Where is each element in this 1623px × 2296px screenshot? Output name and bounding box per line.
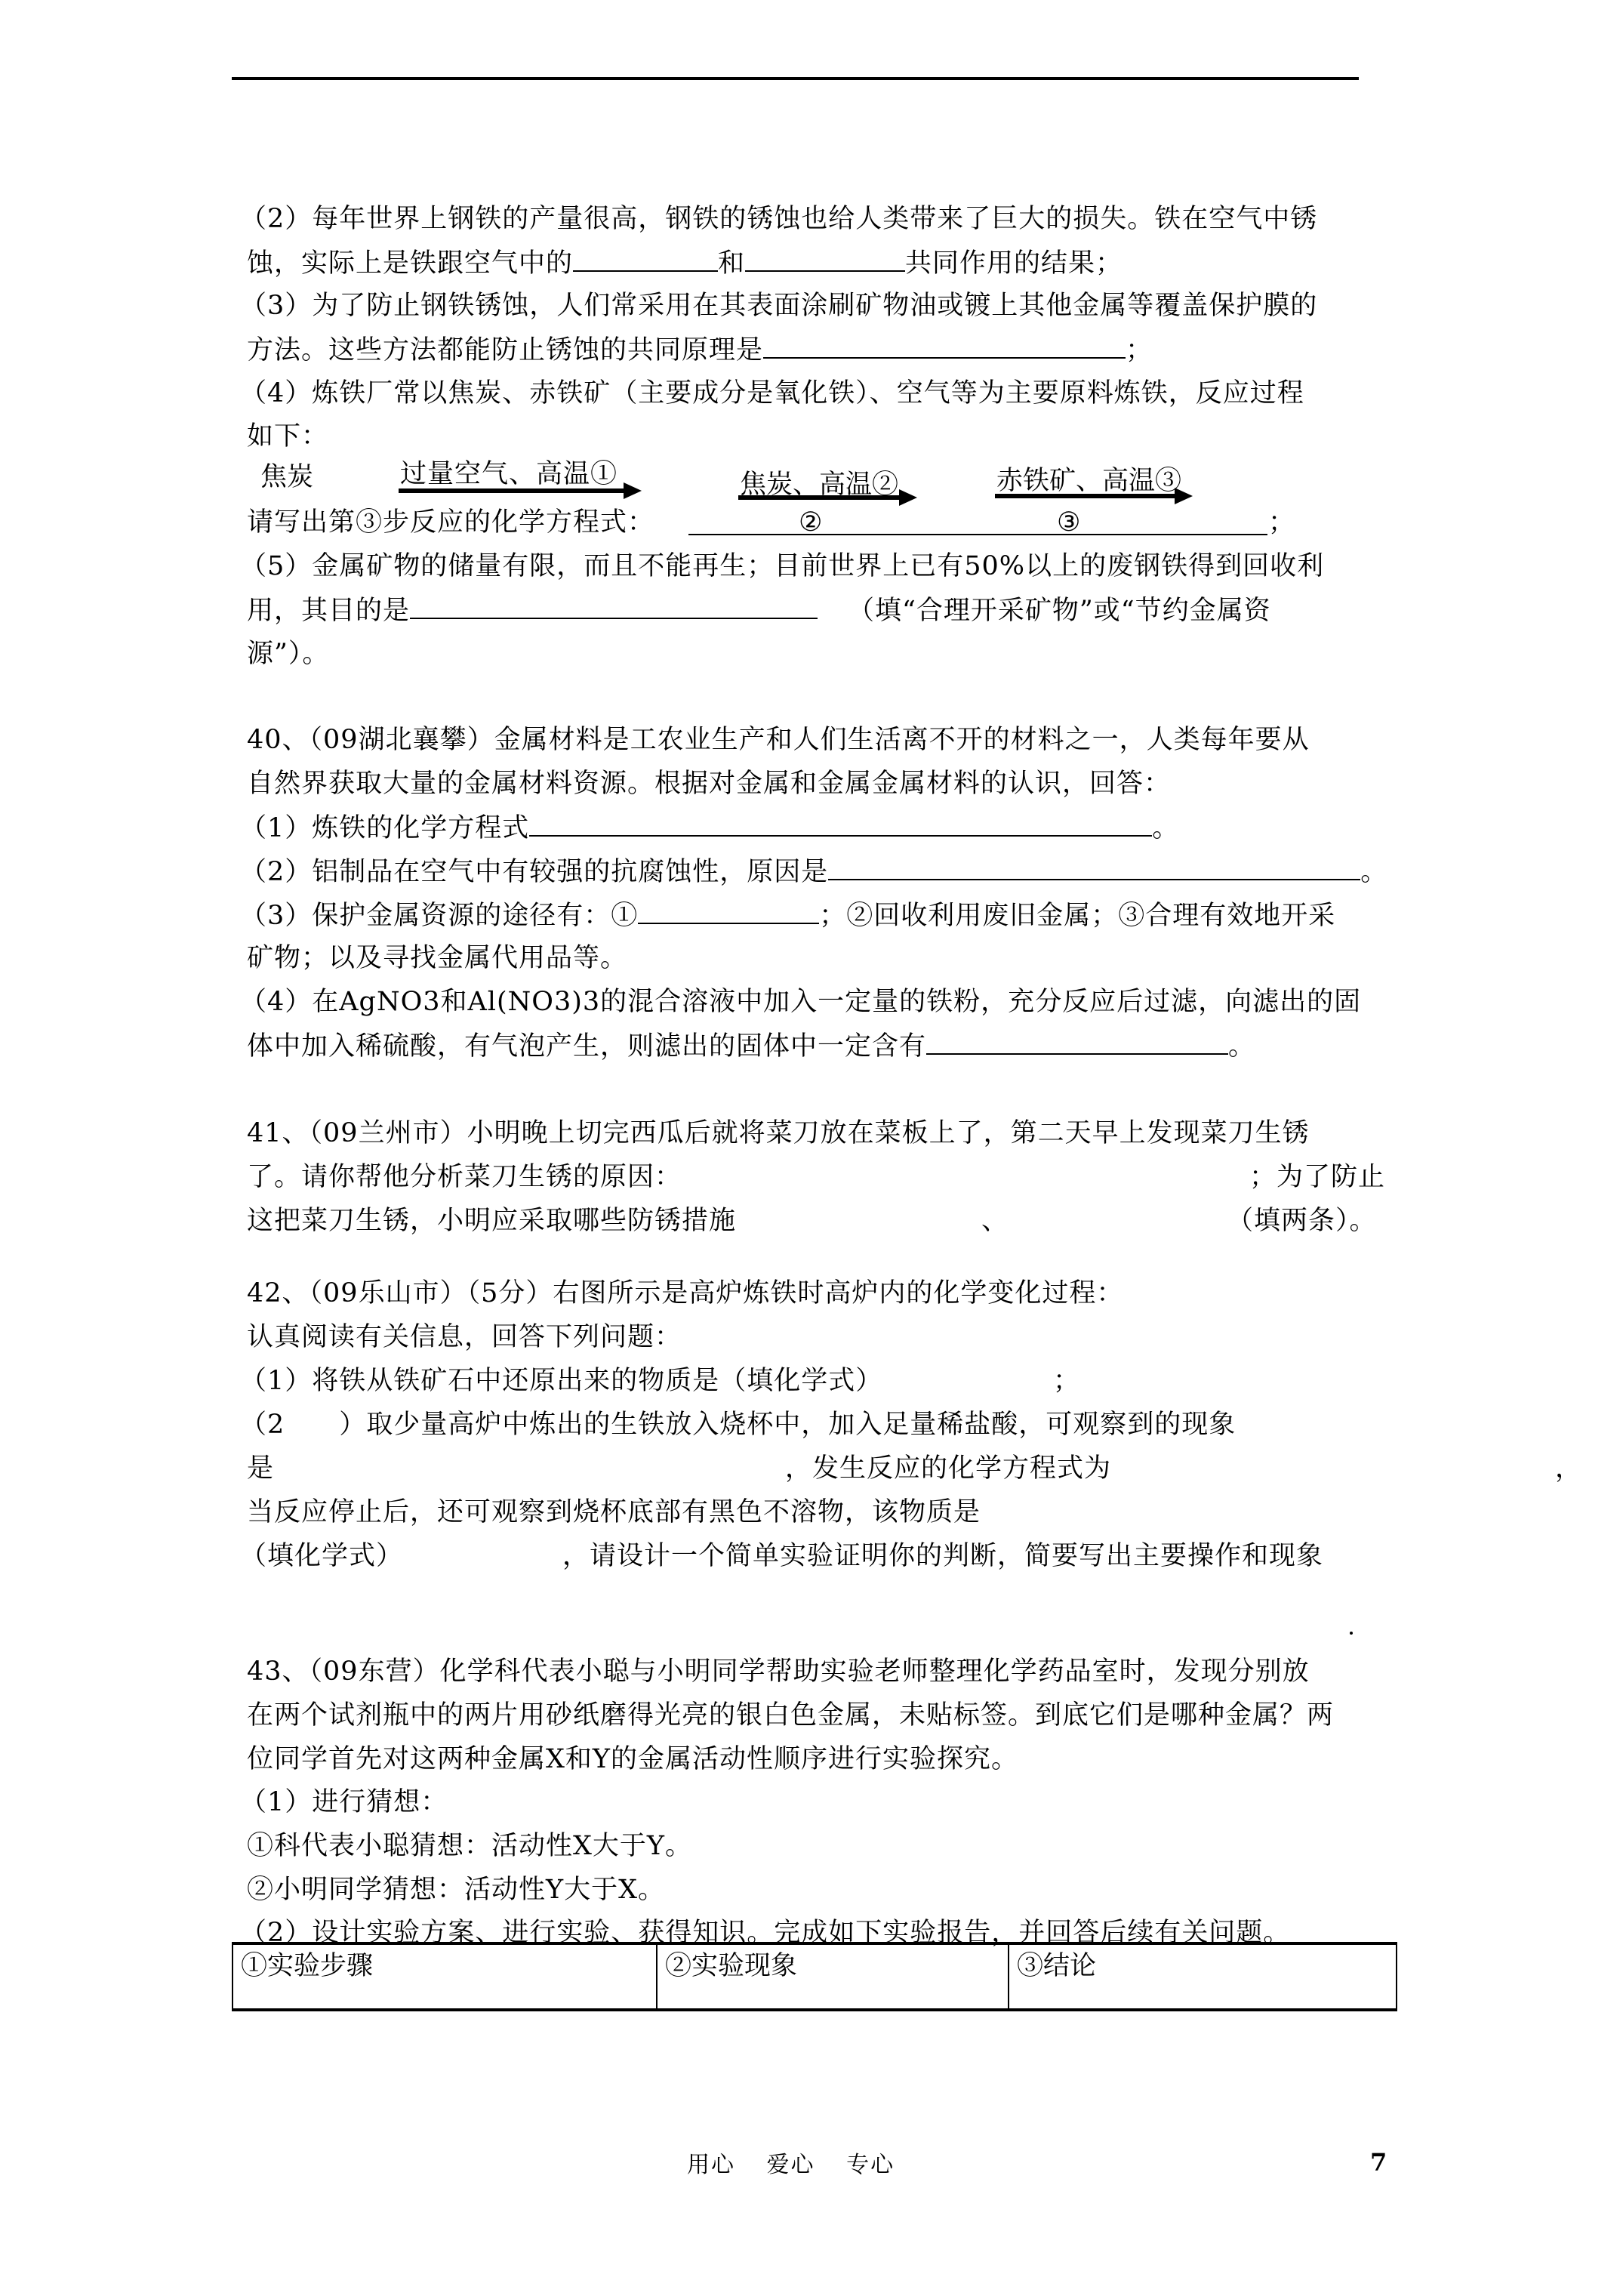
q43-guess2: ②小明同学猜想：活动性Y大于X。 bbox=[247, 1875, 665, 1905]
q39-part4-text-a: 请写出第③步反应的化学方程式： bbox=[247, 507, 654, 538]
flow-circle-2: ② bbox=[799, 507, 822, 538]
q42-part2-text-b: ，发生反应的化学方程式为 bbox=[785, 1453, 1111, 1484]
q43-line1: 43、（09东营）化学科代表小聪与小明同学帮助实验老师整理化学药品室时，发现分别… bbox=[247, 1657, 1310, 1687]
q39-part3-line2: 方法。这些方法都能防止锈蚀的共同原理是； bbox=[247, 334, 1153, 365]
document-page: （2）每年世界上钢铁的产量很高，钢铁的锈蚀也给人类带来了巨大的损失。铁在空气中锈… bbox=[0, 0, 1623, 2296]
page-footer: 用心 爱心 专心 bbox=[687, 2146, 895, 2179]
answer-blank[interactable] bbox=[828, 856, 1360, 880]
table-header-cell[interactable]: ①实验步骤 bbox=[233, 1943, 657, 2010]
q39-part2-line2: 蚀，实际上是铁跟空气中的和共同作用的结果； bbox=[247, 248, 1123, 279]
q42-part1-text-a: （1）将铁从铁矿石中还原出来的物质是（填化学式） bbox=[240, 1366, 882, 1396]
equation-answer-blank[interactable] bbox=[688, 534, 1267, 535]
answer-blank[interactable] bbox=[529, 812, 1152, 837]
q42-part2-line2: 是 bbox=[247, 1453, 274, 1484]
q42-part2-line3: 当反应停止后，还可观察到烧杯底部有黑色不溶物，该物质是 bbox=[247, 1497, 981, 1527]
q42-part2-line4: （填化学式） bbox=[240, 1541, 403, 1571]
q39-part2-line1: （2）每年世界上钢铁的产量很高，钢铁的锈蚀也给人类带来了巨大的损失。铁在空气中锈 bbox=[240, 204, 1317, 234]
q39-part2-text-c: 共同作用的结果； bbox=[905, 248, 1123, 279]
table-header-cell[interactable]: ③结论 bbox=[1009, 1943, 1397, 2010]
table-header-cell[interactable]: ②实验现象 bbox=[657, 1943, 1009, 2010]
q40-part3: （3）保护金属资源的途径有：①；②回收利用废旧金属；③合理有效地开采 bbox=[240, 900, 1335, 931]
q40-part4-line1: （4）在AgNO3和Al(NO3)3的混合溶液中加入一定量的铁粉，充分反应后过滤… bbox=[240, 987, 1361, 1017]
arrow-right-icon bbox=[738, 495, 901, 500]
answer-blank[interactable] bbox=[745, 248, 905, 272]
flow-step1-label: 过量空气、高温① bbox=[400, 459, 617, 489]
answer-blank[interactable] bbox=[573, 248, 718, 272]
q40-part2: （2）铝制品在空气中有较强的抗腐蚀性，原因是。 bbox=[240, 856, 1387, 887]
q41-line3: 这把菜刀生锈，小明应采取哪些防锈措施 bbox=[247, 1206, 736, 1236]
q40-part1: （1）炼铁的化学方程式。 bbox=[240, 812, 1179, 843]
q39-part3-text-b: ； bbox=[1126, 335, 1153, 365]
flow-start: 焦炭 bbox=[260, 462, 313, 492]
answer-blank[interactable] bbox=[926, 1031, 1228, 1055]
q40-part2-text-a: （2）铝制品在空气中有较强的抗腐蚀性，原因是 bbox=[240, 857, 828, 887]
q43-line3: 位同学首先对这两种金属X和Y的金属活动性顺序进行实验探究。 bbox=[247, 1744, 1018, 1774]
experiment-report-table: ①实验步骤 ②实验现象 ③结论 bbox=[232, 1942, 1397, 2011]
q42-part1: （1）将铁从铁矿石中还原出来的物质是（填化学式） bbox=[240, 1366, 882, 1396]
header-rule bbox=[232, 77, 1359, 80]
page-number: 7 bbox=[1370, 2148, 1387, 2177]
q39-part5-line1: （5）金属矿物的储量有限，而且不能再生；目前世界上已有50%以上的废钢铁得到回收… bbox=[240, 551, 1324, 581]
q39-part5-text-a: 用，其目的是 bbox=[247, 596, 410, 626]
q41-line2: 了。请你帮他分析菜刀生锈的原因： bbox=[247, 1162, 682, 1192]
q39-part2-text-b: 和 bbox=[718, 248, 745, 279]
q39-part2-text-a: 蚀，实际上是铁跟空气中的 bbox=[247, 248, 573, 279]
answer-blank[interactable] bbox=[638, 900, 819, 924]
q41-line3-text-b: 、 bbox=[981, 1206, 1009, 1236]
q39-part3-line1: （3）为了防止钢铁锈蚀，人们常采用在其表面涂刷矿物油或镀上其他金属等覆盖保护膜的 bbox=[240, 291, 1317, 321]
q42-part2-text-c: ， bbox=[1555, 1453, 1582, 1484]
q41-line3-text-a: 这把菜刀生锈，小明应采取哪些防锈措施 bbox=[247, 1206, 736, 1236]
q39-part5-line2: 用，其目的是（填“合理开采矿物”或“节约金属资 bbox=[247, 595, 1271, 626]
q39-part4-text-b: ； bbox=[1268, 507, 1295, 538]
q40-line2: 自然界获取大量的金属材料资源。根据对金属和金属金属材料的认识，回答： bbox=[247, 769, 1171, 799]
answer-blank[interactable] bbox=[410, 595, 818, 619]
q43-part1: （1）进行猜想： bbox=[240, 1787, 448, 1817]
q41-line3-text-c: （填两条）。 bbox=[1227, 1206, 1377, 1236]
q42-line2: 认真阅读有关信息，回答下列问题： bbox=[247, 1322, 682, 1352]
q40-line1: 40、（09湖北襄攀）金属材料是工农业生产和人们生活离不开的材料之一，人类每年要… bbox=[247, 725, 1310, 755]
q42-part2-text-a: 是 bbox=[247, 1453, 274, 1484]
q39-part4-line3: 请写出第③步反应的化学方程式： bbox=[247, 507, 654, 538]
q40-part1-text-b: 。 bbox=[1152, 813, 1179, 843]
answer-blank[interactable] bbox=[763, 334, 1126, 359]
q42-end-period bbox=[1350, 1632, 1353, 1635]
q40-part2-text-b: 。 bbox=[1360, 857, 1387, 887]
q41-line1: 41、（09兰州市）小明晚上切完西瓜后就将菜刀放在菜板上了，第二天早上发现菜刀生… bbox=[247, 1118, 1310, 1148]
q40-part3-text-a: （3）保护金属资源的途径有：① bbox=[240, 901, 638, 931]
q42-part1-text-b: ； bbox=[1053, 1366, 1080, 1396]
q40-part1-text-a: （1）炼铁的化学方程式 bbox=[240, 813, 529, 843]
arrow-right-icon bbox=[995, 494, 1176, 498]
q43-guess1: ①科代表小聪猜想：活动性X大于Y。 bbox=[247, 1831, 692, 1861]
q41-line2-text-a: 了。请你帮他分析菜刀生锈的原因： bbox=[247, 1162, 682, 1192]
q39-part5-text-b: （填“合理开采矿物”或“节约金属资 bbox=[848, 596, 1271, 626]
q39-part4-line2: 如下： bbox=[247, 421, 328, 451]
q42-part2-line4-text-b: ，请设计一个简单实验证明你的判断，简要写出主要操作和现象 bbox=[562, 1541, 1323, 1571]
q42-part2-line4-text-a: （填化学式） bbox=[240, 1541, 403, 1571]
q39-part4-line1: （4）炼铁厂常以焦炭、赤铁矿（主要成分是氧化铁）、空气等为主要原料炼铁，反应过程 bbox=[240, 378, 1304, 408]
q40-part4-text-b: 。 bbox=[1228, 1031, 1255, 1062]
arrow-right-icon bbox=[399, 488, 625, 493]
q39-part3-text-a: 方法。这些方法都能防止锈蚀的共同原理是 bbox=[247, 335, 763, 365]
flow-step3-label: 赤铁矿、高温③ bbox=[996, 466, 1181, 496]
q40-part4-line2: 体中加入稀硫酸，有气泡产生，则滤出的固体中一定含有。 bbox=[247, 1031, 1255, 1062]
table-header-row: ①实验步骤 ②实验现象 ③结论 bbox=[233, 1943, 1397, 2010]
q40-part3-text-b: ；②回收利用废旧金属；③合理有效地开采 bbox=[819, 901, 1335, 931]
flow-circle-3: ③ bbox=[1057, 507, 1080, 538]
q39-part5-line3: 源”）。 bbox=[247, 639, 329, 669]
q40-part3-line2: 矿物；以及寻找金属代用品等。 bbox=[247, 943, 627, 973]
q43-line2: 在两个试剂瓶中的两片用砂纸磨得光亮的银白色金属，未贴标签。到底它们是哪种金属？两 bbox=[247, 1700, 1334, 1730]
q42-line1: 42、（09乐山市）（5分）右图所示是高炉炼铁时高炉内的化学变化过程： bbox=[247, 1278, 1123, 1308]
q40-part4-text-a: 体中加入稀硫酸，有气泡产生，则滤出的固体中一定含有 bbox=[247, 1031, 926, 1062]
q41-line2-text-b: ；为了防止 bbox=[1249, 1162, 1385, 1192]
q42-part2-line1: （2 ）取少量高炉中炼出的生铁放入烧杯中，加入足量稀盐酸，可观察到的现象 bbox=[240, 1410, 1236, 1440]
